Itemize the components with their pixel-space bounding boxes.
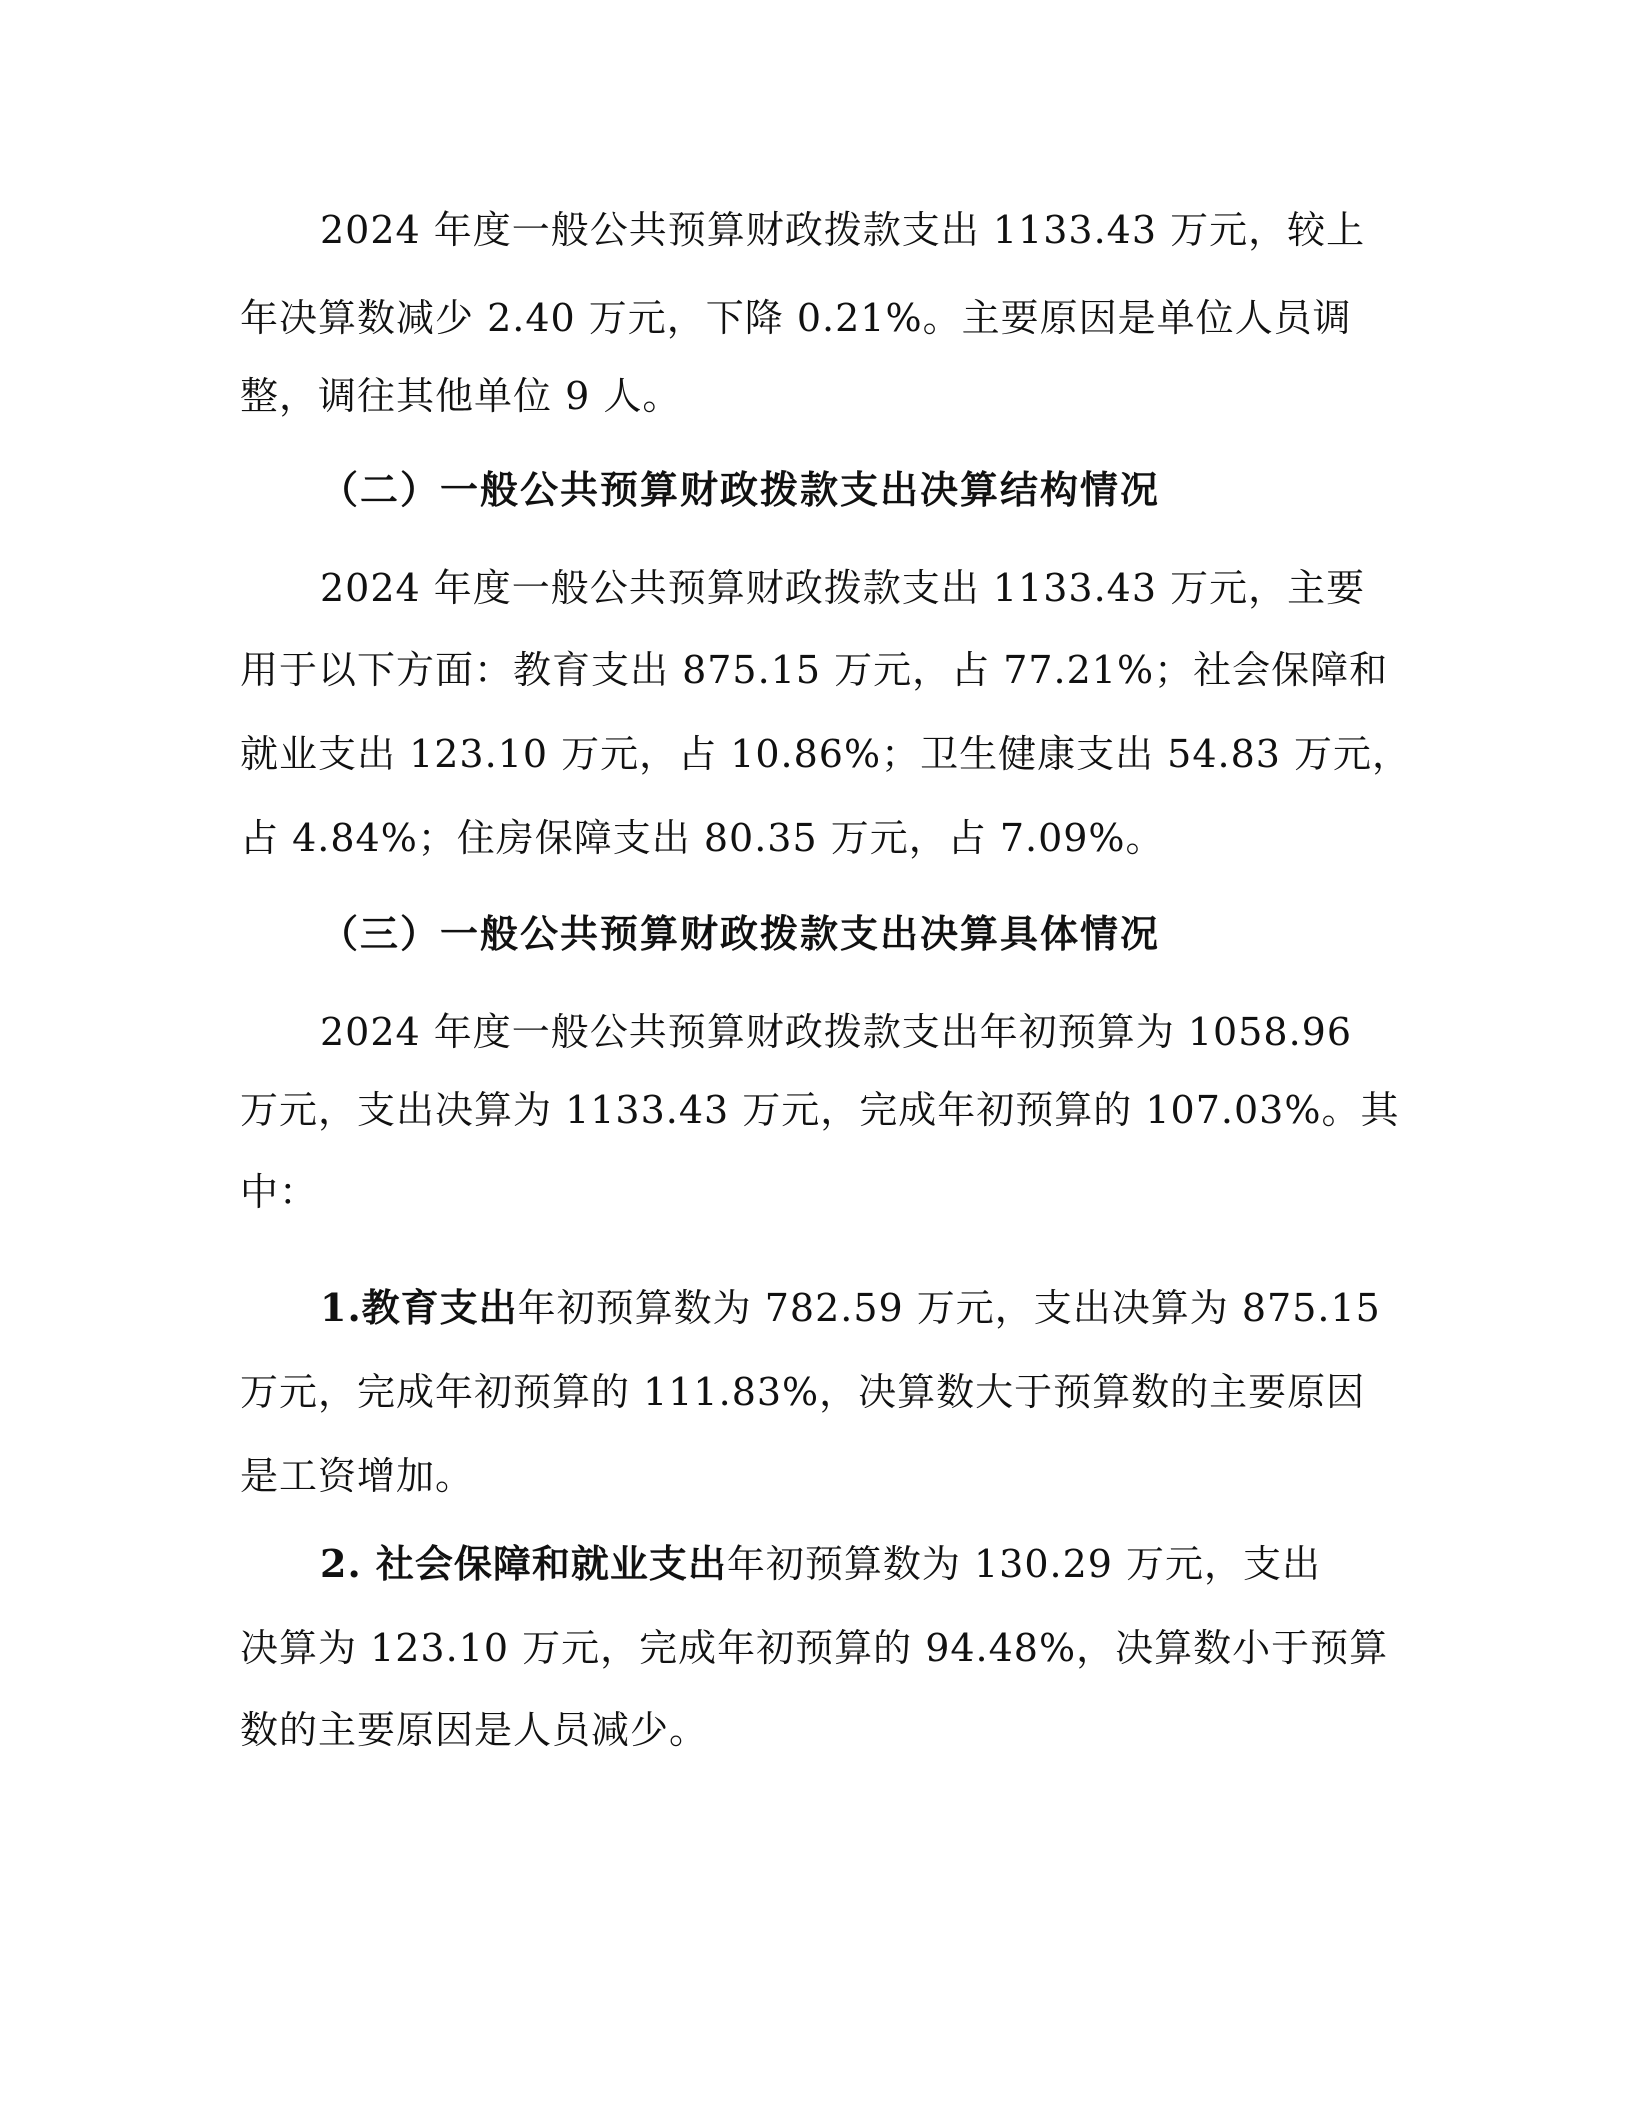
item-1-title: 1.教育支出 xyxy=(320,1285,518,1330)
item-2-line-2: 决算为 123.10 万元，完成年初预算的 94.48%，决算数小于预算 xyxy=(240,1624,1382,1672)
item-2-line-1: 2. 社会保障和就业支出年初预算数为 130.29 万元，支出 xyxy=(320,1540,1462,1588)
paragraph-3-line-3: 中： xyxy=(240,1168,1382,1216)
item-2-line-3: 数的主要原因是人员减少。 xyxy=(240,1706,1382,1754)
item-1-line-2: 万元，完成年初预算的 111.83%，决算数大于预算数的主要原因 xyxy=(240,1368,1382,1416)
paragraph-1-line-1: 2024 年度一般公共预算财政拨款支出 1133.43 万元，较上 xyxy=(320,206,1462,254)
paragraph-2-line-3: 就业支出 123.10 万元，占 10.86%；卫生健康支出 54.83 万元， xyxy=(240,730,1382,778)
document-page: 2024 年度一般公共预算财政拨款支出 1133.43 万元，较上 年决算数减少… xyxy=(0,0,1632,2112)
paragraph-2-line-1: 2024 年度一般公共预算财政拨款支出 1133.43 万元，主要 xyxy=(320,564,1462,612)
item-1-line-1: 1.教育支出年初预算数为 782.59 万元，支出决算为 875.15 xyxy=(320,1284,1462,1332)
paragraph-2-line-2: 用于以下方面：教育支出 875.15 万元，占 77.21%；社会保障和 xyxy=(240,646,1382,694)
paragraph-3-line-2: 万元，支出决算为 1133.43 万元，完成年初预算的 107.03%。其 xyxy=(240,1086,1382,1134)
item-1-line-3: 是工资增加。 xyxy=(240,1452,1382,1500)
paragraph-2-line-4: 占 4.84%；住房保障支出 80.35 万元，占 7.09%。 xyxy=(240,814,1382,862)
item-2-text: 年初预算数为 130.29 万元，支出 xyxy=(727,1542,1321,1586)
section-heading-3: （三）一般公共预算财政拨款支出决算具体情况 xyxy=(320,910,1462,958)
item-2-title: 2. 社会保障和就业支出 xyxy=(320,1541,727,1586)
item-1-text: 年初预算数为 782.59 万元，支出决算为 875.15 xyxy=(518,1286,1381,1330)
paragraph-1-line-2: 年决算数减少 2.40 万元，下降 0.21%。主要原因是单位人员调 xyxy=(240,294,1382,342)
section-heading-2: （二）一般公共预算财政拨款支出决算结构情况 xyxy=(320,466,1462,514)
paragraph-1-line-3: 整，调往其他单位 9 人。 xyxy=(240,372,1382,420)
paragraph-3-line-1: 2024 年度一般公共预算财政拨款支出年初预算为 1058.96 xyxy=(320,1008,1462,1056)
